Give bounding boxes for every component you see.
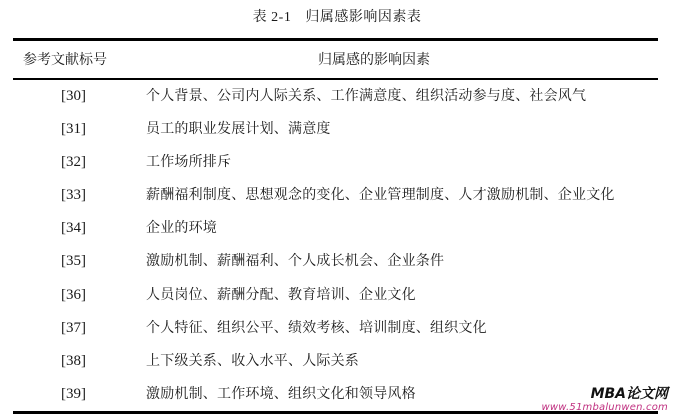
watermark: MBA论文网 www.51mbalunwen.com (542, 386, 668, 414)
table-row: [37] 个人特征、组织公平、绩效考核、培训制度、组织文化 (13, 312, 658, 345)
reference-cell: [36] (61, 286, 86, 304)
reference-cell: [33] (61, 186, 86, 204)
factors-cell: 个人特征、组织公平、绩效考核、培训制度、组织文化 (146, 319, 487, 337)
factors-cell: 激励机制、薪酬福利、个人成长机会、企业条件 (146, 252, 444, 270)
reference-cell: [32] (61, 153, 86, 171)
factors-cell: 个人背景、公司内人际关系、工作满意度、组织活动参与度、社会风气 (146, 87, 586, 105)
factors-cell: 员工的职业发展计划、满意度 (146, 120, 331, 138)
factors-cell: 薪酬福利制度、思想观念的变化、企业管理制度、人才激励机制、企业文化 (146, 186, 615, 204)
watermark-brand: MBA论文网 (542, 386, 668, 402)
reference-cell: [35] (61, 252, 86, 270)
reference-cell: [38] (61, 352, 86, 370)
reference-cell: [39] (61, 385, 86, 403)
reference-cell: [30] (61, 87, 86, 105)
factors-cell: 激励机制、工作环境、组织文化和领导风格 (146, 385, 416, 403)
table-body: [30] 个人背景、公司内人际关系、工作满意度、组织活动参与度、社会风气 [31… (13, 80, 658, 411)
table-header: 参考文献标号 归属感的影响因素 (13, 41, 658, 78)
table-row: [34] 企业的环境 (13, 212, 658, 245)
table-caption: 表 2-1归属感影响因素表 (0, 7, 674, 28)
factors-cell: 上下级关系、收入水平、人际关系 (146, 352, 359, 370)
table-row: [36] 人员岗位、薪酬分配、教育培训、企业文化 (13, 279, 658, 312)
reference-cell: [37] (61, 319, 86, 337)
table-row: [32] 工作场所排斥 (13, 146, 658, 179)
table-number: 表 2-1 (253, 10, 292, 25)
table-row: [33] 薪酬福利制度、思想观念的变化、企业管理制度、人才激励机制、企业文化 (13, 179, 658, 212)
table-row: [31] 员工的职业发展计划、满意度 (13, 113, 658, 146)
watermark-url: www.51mbalunwen.com (542, 402, 668, 414)
table-title: 归属感影响因素表 (305, 9, 421, 25)
table-row: [35] 激励机制、薪酬福利、个人成长机会、企业条件 (13, 245, 658, 278)
factors-cell: 人员岗位、薪酬分配、教育培训、企业文化 (146, 286, 416, 304)
header-reference-number: 参考文献标号 (23, 51, 107, 69)
header-factors: 归属感的影响因素 (318, 51, 430, 69)
factors-cell: 工作场所排斥 (146, 153, 231, 171)
factors-cell: 企业的环境 (146, 219, 217, 237)
reference-cell: [31] (61, 120, 86, 138)
table-row: [38] 上下级关系、收入水平、人际关系 (13, 345, 658, 378)
table-row: [30] 个人背景、公司内人际关系、工作满意度、组织活动参与度、社会风气 (13, 80, 658, 113)
reference-cell: [34] (61, 219, 86, 237)
